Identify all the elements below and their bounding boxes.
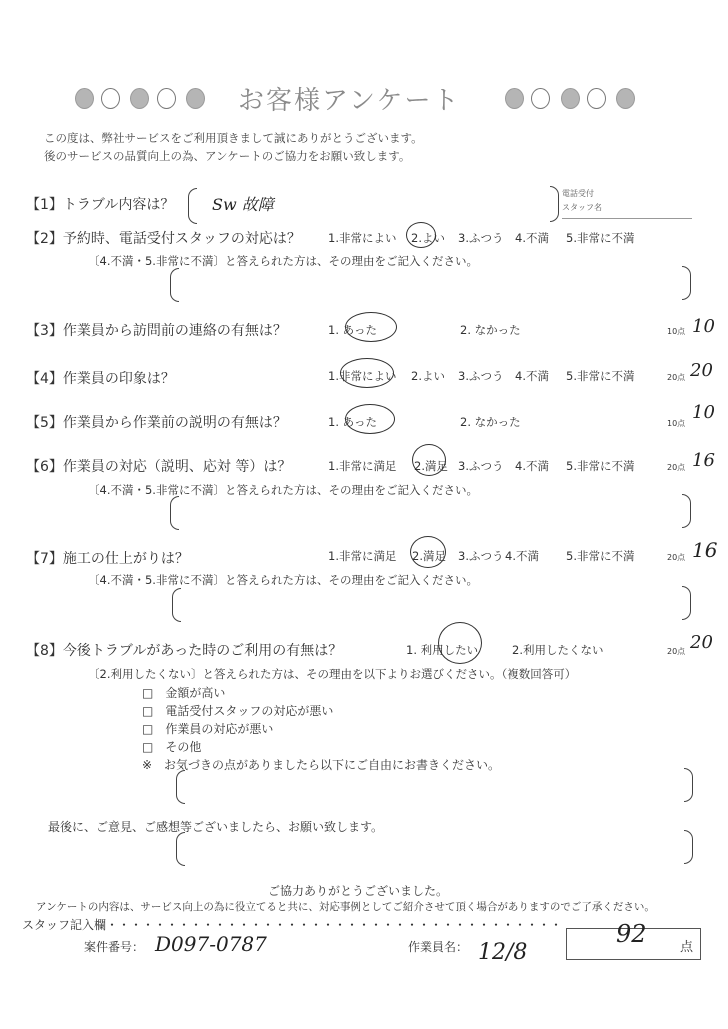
q2-option-4[interactable]: 4.不満	[515, 230, 549, 246]
reason-label: その他	[165, 740, 201, 754]
worker-name-label: 作業員名：	[408, 938, 468, 955]
q7-option-1[interactable]: 1.非常に満足	[328, 548, 396, 564]
answer-bracket-right	[550, 186, 559, 222]
question-8-label: 【8】今後トラブルがあった時のご利用の有無は？	[26, 640, 342, 660]
q8-reason-note: 〔2.利用したくない〕と答えられた方は、その理由を以下よりお選びください。（複数…	[88, 666, 576, 682]
question-2-label: 【2】予約時、電話受付スタッフの対応は？	[26, 228, 301, 248]
answer-bracket-left	[188, 188, 197, 224]
selection-circle	[340, 358, 394, 388]
q6-option-4[interactable]: 4.不満	[515, 458, 549, 474]
staff-name-line	[562, 218, 692, 219]
q4-score[interactable]: 20	[690, 360, 713, 381]
question-7-label: 【7】施工の仕上がりは？	[26, 548, 189, 568]
question-6-label: 【6】作業員の対応（説明、応対 等）は？	[26, 456, 291, 476]
checkbox-icon[interactable]: □	[142, 704, 153, 718]
q4-option-3[interactable]: 3.ふつう	[458, 368, 503, 384]
q2-reason-field[interactable]	[180, 268, 680, 300]
staff-section-label: スタッフ記入欄・・・・・・・・・・・・・・・・・・・・・・・・・・・・・・・・・…	[22, 916, 622, 933]
q6-points-label: 20点	[667, 462, 685, 473]
q7-option-3[interactable]: 3.ふつう	[458, 548, 503, 564]
selection-circle	[438, 622, 482, 664]
question-5-label: 【5】作業員から作業前の説明の有無は？	[26, 412, 287, 432]
question-1-answer[interactable]: Sw 故障	[212, 192, 274, 215]
final-comment-field[interactable]	[186, 832, 682, 864]
filled-circle-icon	[616, 88, 635, 109]
open-circle-icon	[101, 88, 120, 109]
reason-checkbox-3[interactable]: □ 作業員の対応が悪い	[142, 720, 273, 737]
q7-reason-field[interactable]	[182, 588, 682, 620]
q6-score[interactable]: 16	[692, 450, 715, 471]
checkbox-icon[interactable]: □	[142, 740, 153, 754]
comment-bracket-left	[176, 832, 185, 866]
q5-score[interactable]: 10	[692, 402, 715, 423]
question-3-label: 【3】作業員から訪問前の連絡の有無は？	[26, 320, 287, 340]
reason-label: 金額が高い	[165, 686, 225, 700]
selection-circle	[345, 312, 397, 342]
q8-points-label: 20点	[667, 646, 685, 657]
q6-option-1[interactable]: 1.非常に満足	[328, 458, 396, 474]
q6-option-5[interactable]: 5.非常に不満	[566, 458, 634, 474]
checkbox-icon[interactable]: □	[142, 722, 153, 736]
question-1-label: 【1】トラブル内容は？	[26, 194, 174, 214]
staff-label-phone: 電話受付	[562, 188, 594, 199]
q3-points-label: 10点	[667, 326, 685, 337]
q5-option-2[interactable]: 2. なかった	[460, 414, 521, 430]
staff-label-name: スタッフ名	[562, 202, 602, 213]
q2-option-3[interactable]: 3.ふつう	[458, 230, 503, 246]
disclaimer: アンケートの内容は、サービス向上の為に役立てると共に、対応事例としてご紹介させて…	[36, 899, 655, 914]
selection-circle	[410, 536, 446, 568]
reason-label: 電話受付スタッフの対応が悪い	[165, 704, 333, 718]
intro-line-2: 後のサービスの品質向上の為、アンケートのご協力をお願い致します。	[44, 148, 410, 164]
case-number-value[interactable]: D097-0787	[155, 932, 267, 956]
q8-score[interactable]: 20	[690, 632, 713, 653]
q2-option-1[interactable]: 1.非常によい	[328, 230, 396, 246]
open-circle-icon	[587, 88, 606, 109]
intro-line-1: この度は、弊社サービスをご利用頂きまして誠にありがとうございます。	[44, 130, 423, 146]
question-4-label: 【4】作業員の印象は？	[26, 368, 175, 388]
reason-bracket-right	[682, 586, 691, 620]
q3-option-2[interactable]: 2. なかった	[460, 322, 521, 338]
q7-score[interactable]: 16	[692, 538, 717, 562]
case-number-label: 案件番号：	[84, 938, 144, 955]
q5-points-label: 10点	[667, 418, 685, 429]
comment-bracket-left	[176, 770, 185, 804]
free-comment-field[interactable]	[186, 770, 682, 802]
q7-option-4[interactable]: 4.不満	[505, 548, 539, 564]
q4-points-label: 20点	[667, 372, 685, 383]
filled-circle-icon	[561, 88, 580, 109]
q6-reason-field[interactable]	[180, 496, 680, 528]
q3-score[interactable]: 10	[692, 316, 715, 337]
thanks-message: ご協力ありがとうございました。	[268, 882, 448, 899]
q7-reason-note: 〔4.不満・5.非常に不満〕と答えられた方は、その理由をご記入ください。	[88, 572, 478, 588]
reason-bracket-right	[682, 266, 691, 300]
worker-name-value[interactable]: 12/8	[478, 940, 527, 965]
selection-circle	[412, 444, 446, 476]
reason-bracket-left	[172, 588, 181, 622]
selection-circle	[406, 222, 436, 248]
q8-option-2[interactable]: 2.利用したくない	[512, 642, 603, 658]
reason-bracket-left	[170, 268, 179, 302]
checkbox-icon[interactable]: □	[142, 686, 153, 700]
page-title: お客様アンケート	[238, 80, 460, 117]
filled-circle-icon	[505, 88, 524, 109]
filled-circle-icon	[75, 88, 94, 109]
total-score-unit: 点	[680, 936, 693, 955]
q4-option-2[interactable]: 2.よい	[411, 368, 445, 384]
comment-bracket-right	[684, 830, 693, 864]
q6-option-3[interactable]: 3.ふつう	[458, 458, 503, 474]
filled-circle-icon	[130, 88, 149, 109]
filled-circle-icon	[186, 88, 205, 109]
total-score-value[interactable]: 92	[616, 920, 647, 948]
q2-reason-note: 〔4.不満・5.非常に不満〕と答えられた方は、その理由をご記入ください。	[88, 253, 478, 269]
reason-bracket-right	[682, 494, 691, 528]
reason-bracket-left	[170, 496, 179, 530]
q7-points-label: 20点	[667, 552, 685, 563]
q7-option-5[interactable]: 5.非常に不満	[566, 548, 634, 564]
open-circle-icon	[157, 88, 176, 109]
reason-checkbox-2[interactable]: □ 電話受付スタッフの対応が悪い	[142, 702, 333, 719]
reason-label: 作業員の対応が悪い	[165, 722, 273, 736]
reason-checkbox-4[interactable]: □ その他	[142, 738, 201, 755]
comment-bracket-right	[684, 768, 693, 802]
q2-option-5[interactable]: 5.非常に不満	[566, 230, 634, 246]
open-circle-icon	[531, 88, 550, 109]
selection-circle	[345, 404, 395, 434]
q4-option-5[interactable]: 5.非常に不満	[566, 368, 634, 384]
reason-checkbox-1[interactable]: □ 金額が高い	[142, 684, 225, 701]
q4-option-4[interactable]: 4.不満	[515, 368, 549, 384]
